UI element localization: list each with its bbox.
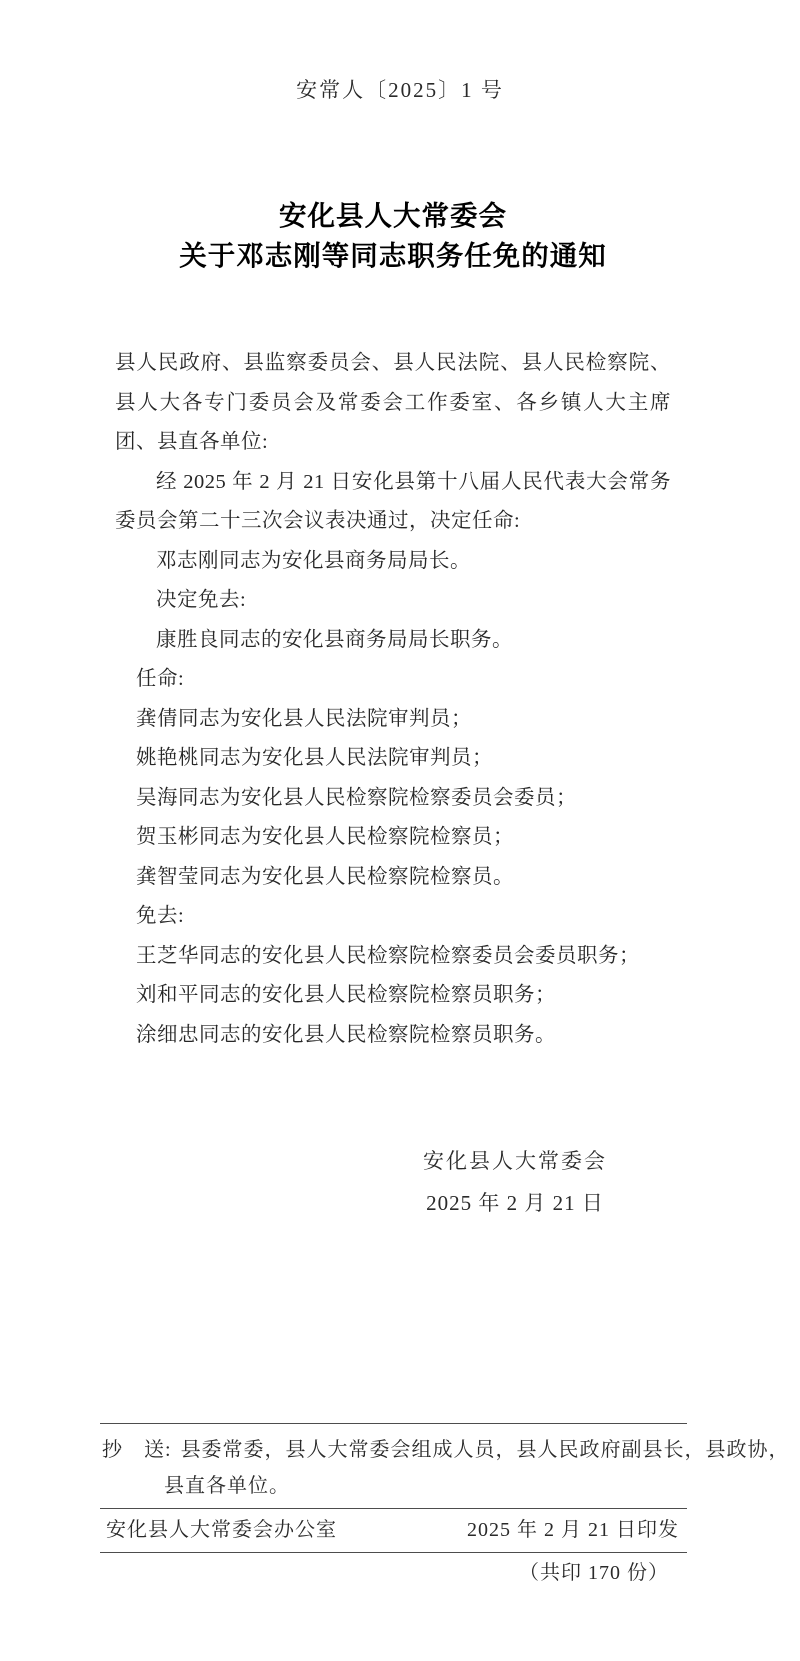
body-paragraph: 县人民政府、县监察委员会、县人民法院、县人民检察院、县人大各专门委员会及常委会工… xyxy=(115,344,671,463)
body-paragraph: 龚倩同志为安化县人民法院审判员； xyxy=(115,700,671,740)
body-paragraph: 任命: xyxy=(115,660,671,700)
document-title: 安化县人大常委会 关于邓志刚等同志职务任免的通知 xyxy=(0,196,800,276)
print-count: （共印 170 份） xyxy=(100,1553,687,1586)
official-notice-page: 安常人〔2025〕1 号 安化县人大常委会 关于邓志刚等同志职务任免的通知 县人… xyxy=(0,0,800,1661)
document-number: 安常人〔2025〕1 号 xyxy=(0,0,800,104)
copy-to-line2: 县直各单位。 xyxy=(102,1468,685,1504)
body-paragraph: 康胜良同志的安化县商务局局长职务。 xyxy=(115,621,671,661)
body-paragraph: 王芝华同志的安化县人民检察院检察委员会委员职务； xyxy=(115,937,671,977)
signature-inner: 安化县人大常委会 2025 年 2 月 21 日 xyxy=(423,1147,607,1217)
document-title-line2: 关于邓志刚等同志职务任免的通知 xyxy=(115,236,671,276)
print-date: 2025 年 2 月 21 日印发 xyxy=(467,1517,679,1544)
body-paragraph: 贺玉彬同志为安化县人民检察院检察员； xyxy=(115,818,671,858)
document-footer: 抄 送:县委常委，县人大常委会组成人员，县人民政府副县长，县政协， 县直各单位。… xyxy=(100,1423,687,1586)
body-paragraph: 邓志刚同志为安化县商务局局长。 xyxy=(115,542,671,582)
signature-org: 安化县人大常委会 xyxy=(423,1147,607,1175)
body-paragraph: 吴海同志为安化县人民检察院检察委员会委员； xyxy=(115,779,671,819)
copy-to-recipients: 县委常委，县人大常委会组成人员，县人民政府副县长，县政协， xyxy=(181,1439,790,1461)
copy-to-line1: 抄 送:县委常委，县人大常委会组成人员，县人民政府副县长，县政协， xyxy=(102,1432,685,1468)
body-paragraph: 刘和平同志的安化县人民检察院检察员职务； xyxy=(115,976,671,1016)
body-paragraph: 经 2025 年 2 月 21 日安化县第十八届人民代表大会常务委员会第二十三次… xyxy=(115,463,671,542)
signature-block: 安化县人大常委会 2025 年 2 月 21 日 xyxy=(0,1147,800,1217)
copy-to-label: 抄 送: xyxy=(102,1439,172,1461)
body-paragraph: 姚艳桃同志为安化县人民法院审判员； xyxy=(115,739,671,779)
document-title-line1: 安化县人大常委会 xyxy=(115,196,671,236)
issuing-office: 安化县人大常委会办公室 xyxy=(106,1517,337,1544)
document-body: 县人民政府、县监察委员会、县人民法院、县人民检察院、县人大各专门委员会及常委会工… xyxy=(0,344,800,1055)
copy-to-section: 抄 送:县委常委，县人大常委会组成人员，县人民政府副县长，县政协， 县直各单位。 xyxy=(100,1423,687,1508)
body-paragraph: 决定免去: xyxy=(115,581,671,621)
signature-date: 2025 年 2 月 21 日 xyxy=(423,1189,607,1217)
body-paragraph: 涂细忠同志的安化县人民检察院检察员职务。 xyxy=(115,1016,671,1056)
issue-row: 安化县人大常委会办公室 2025 年 2 月 21 日印发 xyxy=(100,1508,687,1553)
body-paragraph: 龚智莹同志为安化县人民检察院检察员。 xyxy=(115,858,671,898)
body-paragraph: 免去: xyxy=(115,897,671,937)
